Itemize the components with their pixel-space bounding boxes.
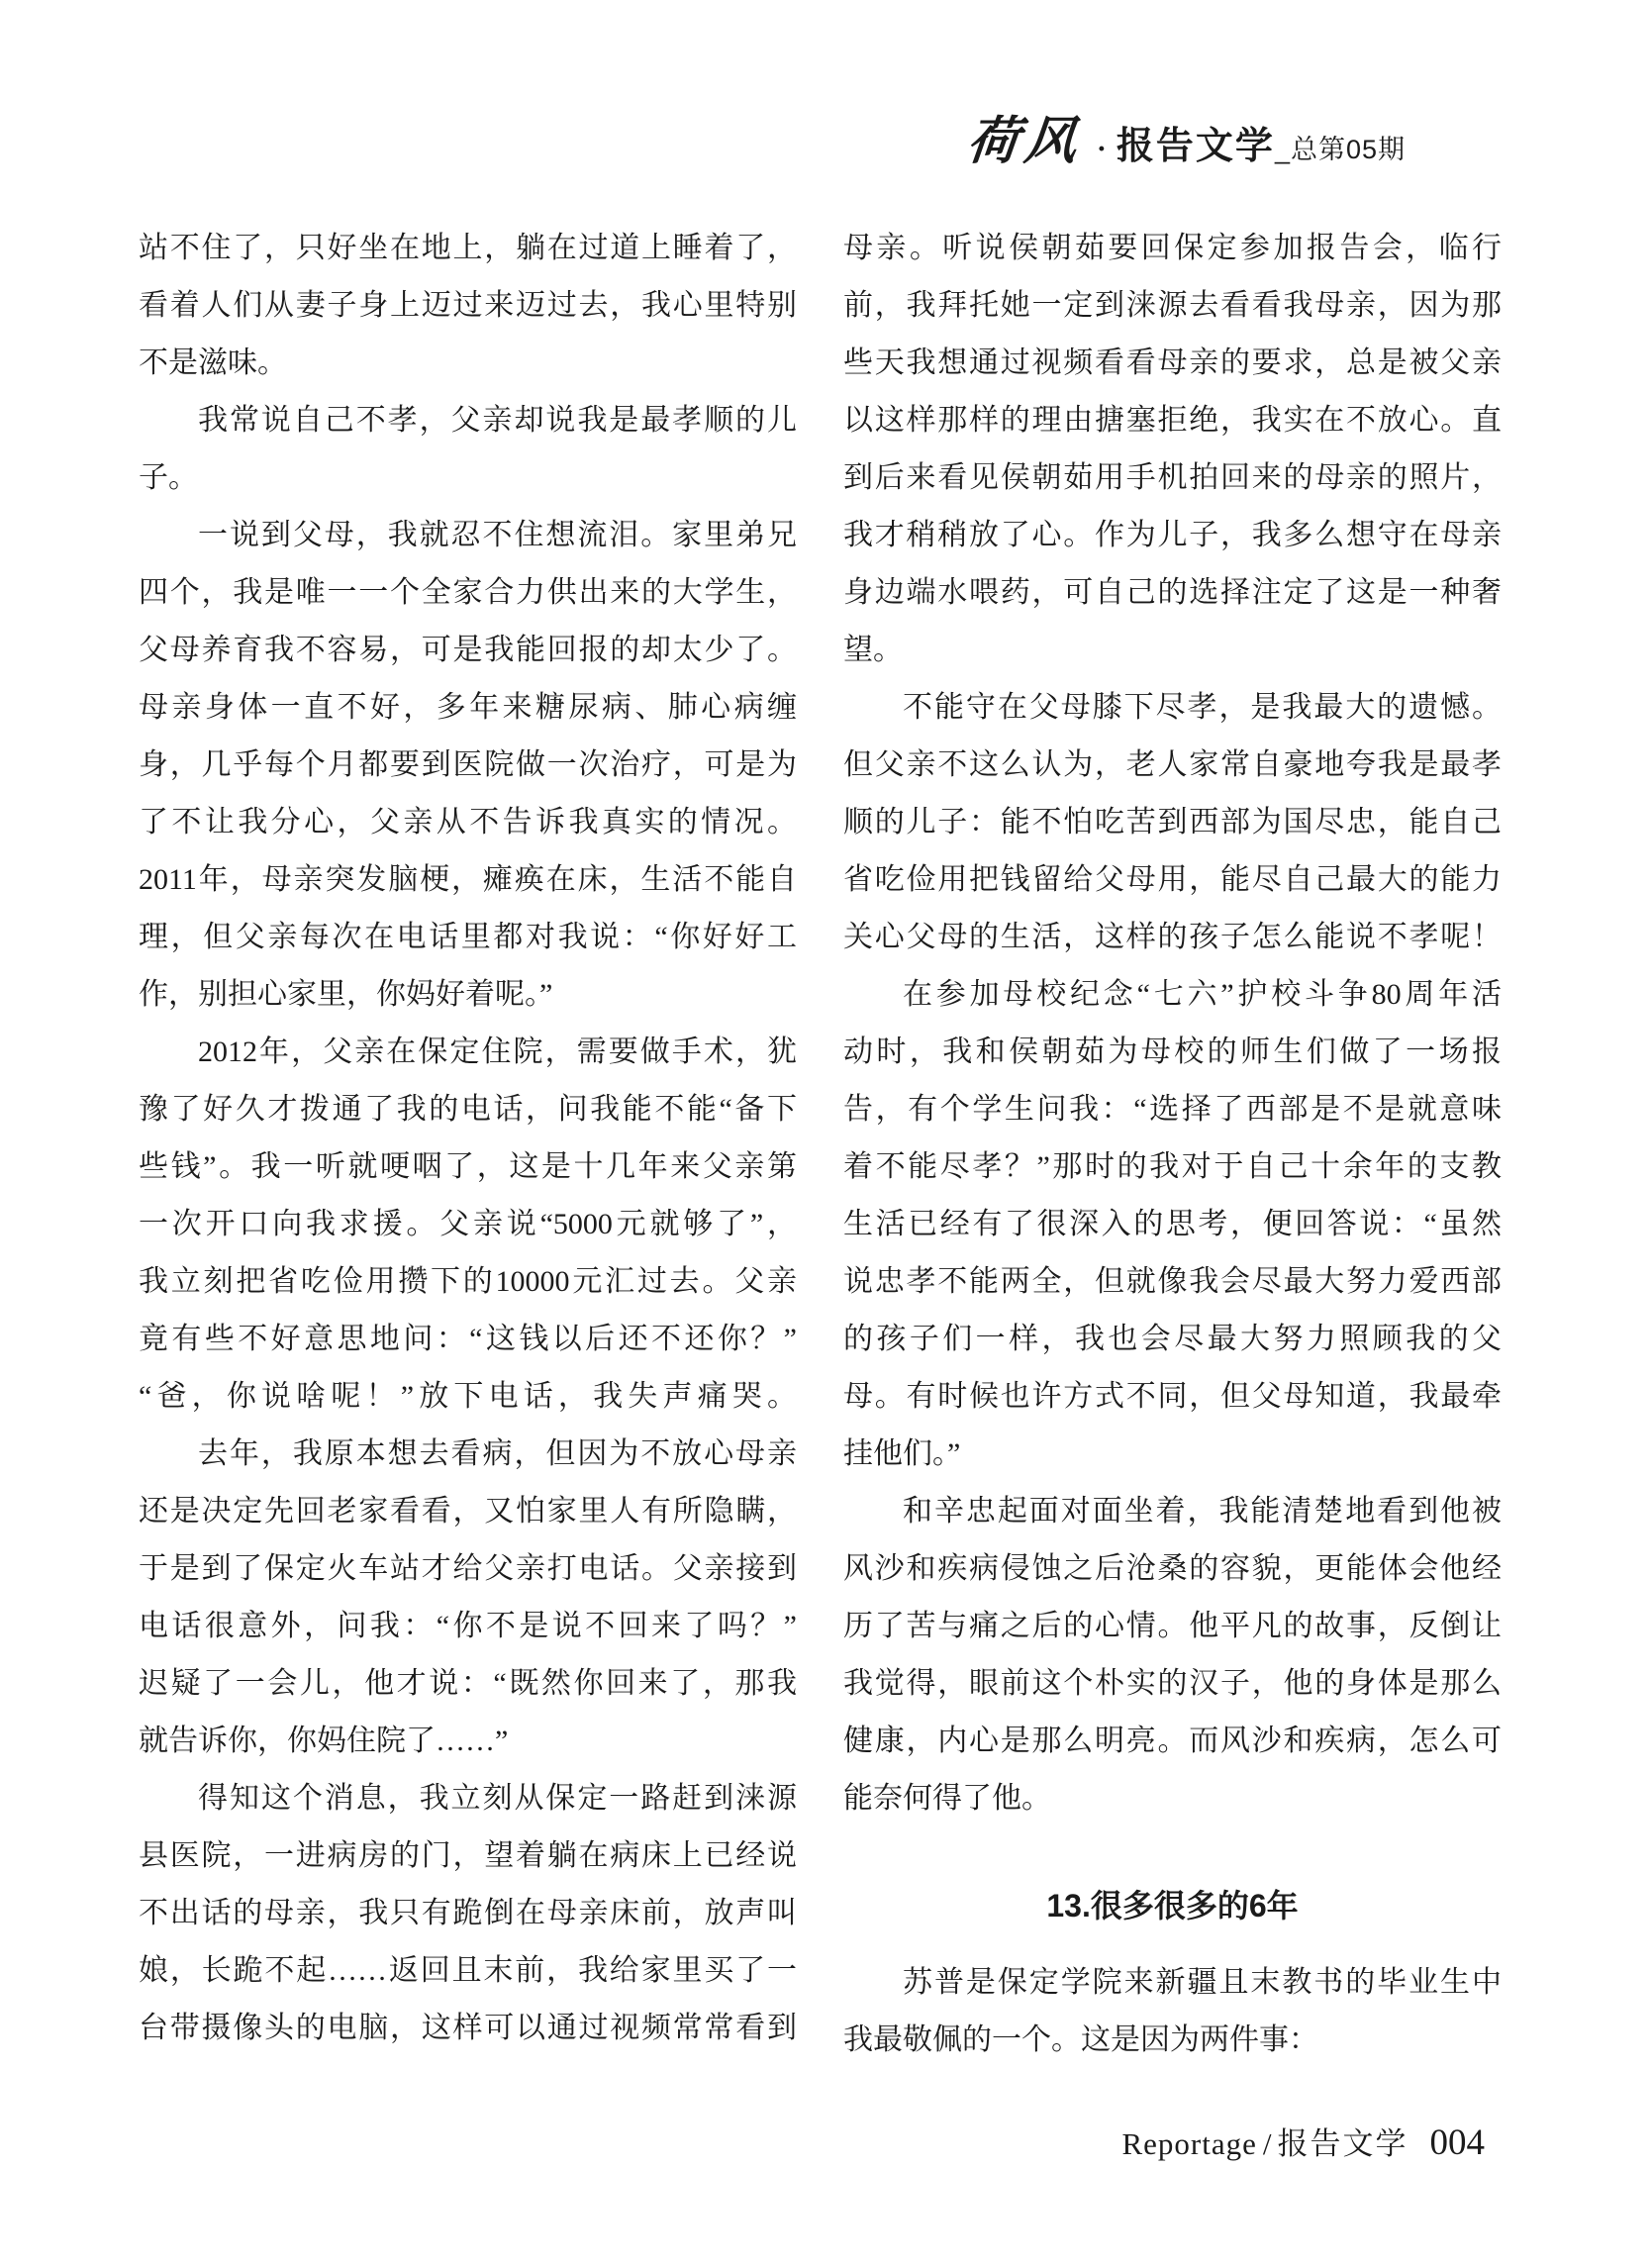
text-line: 作，别担心家里，你妈好着呢。” <box>139 966 797 1024</box>
text-line: 到后来看见侯朝茹用手机拍回来的母亲的照片， <box>843 449 1502 507</box>
text-line: 娘，长跪不起……返回且末前，我给家里买了一 <box>139 1942 797 2000</box>
text-line: 关心父母的生活，这样的孩子怎么能说不孝呢！ <box>843 909 1502 966</box>
text-line: 就告诉你，你妈住院了……” <box>139 1713 797 1770</box>
text-line: 看着人们从妻子身上迈过来迈过去，我心里特别 <box>139 277 797 335</box>
text-line: 挂他们。” <box>843 1426 1502 1483</box>
text-line: 母亲。听说侯朝茹要回保定参加报告会，临行 <box>843 220 1502 277</box>
text-line: 但父亲不这么认为，老人家常自豪地夸我是最孝 <box>843 737 1502 794</box>
text-line: 理，但父亲每次在电话里都对我说：“你好好工 <box>139 909 797 966</box>
header-separator-dot: · <box>1097 133 1107 166</box>
text-line: 风沙和疾病侵蚀之后沧桑的容貌，更能体会他经 <box>843 1540 1502 1598</box>
text-line: 不出话的母亲，我只有跪倒在母亲床前，放声叫 <box>139 1885 797 1942</box>
text-line: 我才稍稍放了心。作为儿子，我多么想守在母亲 <box>843 507 1502 564</box>
text-line: 2011年，母亲突发脑梗，瘫痪在床，生活不能自 <box>139 851 797 909</box>
text-line: 不能守在父母膝下尽孝，是我最大的遗憾。 <box>843 679 1502 737</box>
text-line: 竟有些不好意思地问：“这钱以后还不还你？” <box>139 1311 797 1368</box>
text-line: 还是决定先回老家看看，又怕家里人有所隐瞒， <box>139 1483 797 1540</box>
text-line: 2012年，父亲在保定住院，需要做手术，犹 <box>139 1024 797 1081</box>
text-line: 台带摄像头的电脑，这样可以通过视频常常看到 <box>139 2000 797 2057</box>
text-line: 顺的儿子：能不怕吃苦到西部为国尽忠，能自己 <box>843 794 1502 851</box>
text-line: 了不让我分心，父亲从不告诉我真实的情况。 <box>139 794 797 851</box>
text-line: 身，几乎每个月都要到医院做一次治疗，可是为 <box>139 737 797 794</box>
text-line: 以这样那样的理由搪塞拒绝，我实在不放心。直 <box>843 392 1502 449</box>
text-line: 我觉得，眼前这个朴实的汉子，他的身体是那么 <box>843 1655 1502 1713</box>
text-line: 于是到了保定火车站才给父亲打电话。父亲接到 <box>139 1540 797 1598</box>
text-line: 一说到父母，我就忍不住想流泪。家里弟兄 <box>139 507 797 564</box>
text-line: 省吃俭用把钱留给父母用，能尽自己最大的能力 <box>843 851 1502 909</box>
text-line: 在参加母校纪念“七六”护校斗争80周年活 <box>843 966 1502 1024</box>
text-line: 健康，内心是那么明亮。而风沙和疾病，怎么可 <box>843 1713 1502 1770</box>
text-line: 些钱”。我一听就哽咽了，这是十几年来父亲第 <box>139 1138 797 1196</box>
text-line: 父母养育我不容易，可是我能回报的却太少了。 <box>139 622 797 679</box>
text-line: 和辛忠起面对面坐着，我能清楚地看到他被 <box>843 1483 1502 1540</box>
page-header: 荷风 · 报告文学 _总第05期 <box>968 99 1406 173</box>
text-line: “爸，你说啥呢！”放下电话，我失声痛哭。 <box>139 1368 797 1426</box>
text-line: 我立刻把省吃俭用攒下的10000元汇过去。父亲 <box>139 1253 797 1311</box>
text-line: 子。 <box>139 449 797 507</box>
text-line: 着不能尽孝？”那时的我对于自己十余年的支教 <box>843 1138 1502 1196</box>
footer-slash: / <box>1263 2126 1272 2162</box>
text-line: 能奈何得了他。 <box>843 1770 1502 1827</box>
magazine-logo-script: 荷风 <box>964 99 1087 173</box>
text-line: 我常说自己不孝，父亲却说我是最孝顺的儿 <box>139 392 797 449</box>
text-line: 动时，我和侯朝茹为母校的师生们做了一场报 <box>843 1024 1502 1081</box>
text-line: 母亲身体一直不好，多年来糖尿病、肺心病缠 <box>139 679 797 737</box>
text-line: 望。 <box>843 622 1502 679</box>
text-line: 不是滋味。 <box>139 335 797 392</box>
page-number: 004 <box>1430 2121 1486 2164</box>
text-line: 得知这个消息，我立刻从保定一路赶到涞源 <box>139 1770 797 1827</box>
text-line: 生活已经有了很深入的思考，便回答说：“虽然 <box>843 1196 1502 1253</box>
text-line: 一次开口向我求援。父亲说“5000元就够了”， <box>139 1196 797 1253</box>
text-line: 四个，我是唯一一个全家合力供出来的大学生， <box>139 564 797 622</box>
text-line: 前，我拜托她一定到涞源去看看我母亲，因为那 <box>843 277 1502 335</box>
text-line: 苏普是保定学院来新疆且末教书的毕业生中 <box>843 1954 1502 2012</box>
text-line: 母。有时候也许方式不同，但父母知道，我最牵 <box>843 1368 1502 1426</box>
text-line: 我最敬佩的一个。这是因为两件事： <box>843 2012 1502 2069</box>
magazine-issue-number: _总第05期 <box>1275 128 1406 166</box>
text-line: 电话很意外，问我：“你不是说不回来了吗？” <box>139 1598 797 1655</box>
text-line: 站不住了，只好坐在地上，躺在过道上睡着了， <box>139 220 797 277</box>
footer-section-label-zh: 报告文学 <box>1278 2119 1408 2163</box>
text-line: 些天我想通过视频看看母亲的要求，总是被父亲 <box>843 335 1502 392</box>
right-text-column: 母亲。听说侯朝茹要回保定参加报告会，临行前，我拜托她一定到涞源去看看我母亲，因为… <box>843 220 1502 2069</box>
page-footer: Reportage / 报告文学 004 <box>1121 2119 1485 2164</box>
text-line: 迟疑了一会儿，他才说：“既然你回来了，那我 <box>139 1655 797 1713</box>
text-line: 告，有个学生问我：“选择了西部是不是就意味 <box>843 1081 1502 1138</box>
text-line: 县医院，一进病房的门，望着躺在病床上已经说 <box>139 1827 797 1885</box>
text-line: 身边端水喂药，可自己的选择注定了这是一种奢 <box>843 564 1502 622</box>
text-line: 豫了好久才拨通了我的电话，问我能不能“备下 <box>139 1081 797 1138</box>
section-heading: 13.很多很多的6年 <box>843 1877 1502 1934</box>
text-line: 去年，我原本想去看病，但因为不放心母亲 <box>139 1426 797 1483</box>
text-line: 历了苦与痛之后的心情。他平凡的故事，反倒让 <box>843 1598 1502 1655</box>
footer-section-label-en: Reportage <box>1121 2126 1256 2162</box>
text-line: 说忠孝不能两全，但就像我会尽最大努力爱西部 <box>843 1253 1502 1311</box>
text-line: 的孩子们一样，我也会尽最大努力照顾我的父 <box>843 1311 1502 1368</box>
left-text-column: 站不住了，只好坐在地上，躺在过道上睡着了，看着人们从妻子身上迈过来迈过去，我心里… <box>139 220 797 2057</box>
magazine-section-title: 报告文学 <box>1117 115 1275 169</box>
